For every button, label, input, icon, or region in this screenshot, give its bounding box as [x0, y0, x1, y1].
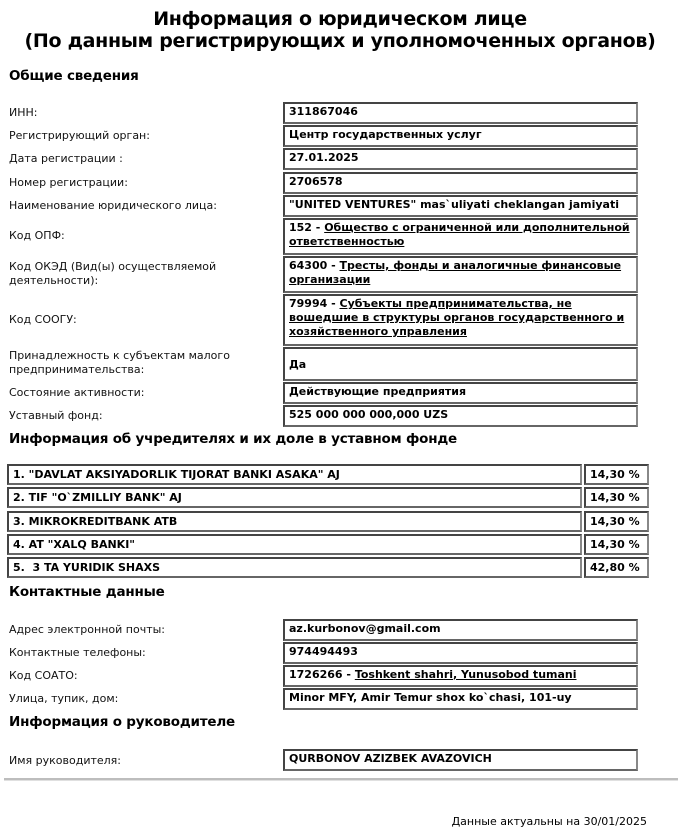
soogu-label: Код СООГУ:: [9, 313, 77, 327]
director-name-label: Имя руководителя:: [9, 754, 121, 768]
founder-share: 14,30 %: [584, 534, 649, 555]
email-value: az.kurbonov@gmail.com: [283, 619, 638, 641]
activity-status-label: Состояние активности:: [9, 386, 144, 400]
soato-code: 1726266 -: [289, 668, 355, 681]
opf-label: Код ОПФ:: [9, 229, 65, 243]
phones-value: 974494493: [283, 642, 638, 664]
section-title-founders: Информация об учредителях и их доле в ус…: [9, 431, 457, 447]
soato-value: 1726266 - Toshkent shahri, Yunusobod tum…: [283, 665, 638, 687]
small-business-value: Да: [283, 347, 638, 381]
founder-share: 42,80 %: [584, 557, 649, 578]
page-title-line-2: (По данным регистрирующих и уполномоченн…: [0, 30, 680, 52]
founder-share: 14,30 %: [584, 511, 649, 532]
section-title-director: Информация о руководителе: [9, 714, 235, 730]
registration-date-label: Дата регистрации :: [9, 152, 123, 166]
registration-date-value: 27.01.2025: [283, 148, 638, 170]
founder-name: 4. AT "XALQ BANKI": [7, 534, 582, 555]
separator-line: [4, 778, 678, 781]
address-label: Улица, тупик, дом:: [9, 692, 118, 706]
soogu-link[interactable]: Субъекты предпринимательства, не вошедши…: [289, 297, 624, 338]
registering-body-label: Регистрирующий орган:: [9, 129, 150, 143]
registering-body-value: Центр государственных услуг: [283, 125, 638, 147]
oked-value: 64300 - Тресты, фонды и аналогичные фина…: [283, 256, 638, 293]
small-business-label: Принадлежность к субъектам малого предпр…: [9, 349, 239, 377]
soogu-code: 79994 -: [289, 297, 340, 310]
inn-label: ИНН:: [9, 106, 37, 120]
soato-label: Код СОАТО:: [9, 669, 78, 683]
founder-share: 14,30 %: [584, 464, 649, 485]
founder-name: 3. MIKROKREDITBANK ATB: [7, 511, 582, 532]
data-actual-date: Данные актуальны на 30/01/2025: [452, 815, 647, 828]
address-value: Minor MFY, Amir Temur shox ko`chasi, 101…: [283, 688, 638, 710]
oked-label: Код ОКЭД (Вид(ы) осуществляемой деятельн…: [9, 260, 239, 288]
legal-name-label: Наименование юридического лица:: [9, 199, 217, 213]
oked-link[interactable]: Тресты, фонды и аналогичные финансовые о…: [289, 259, 621, 286]
email-label: Адрес электронной почты:: [9, 623, 165, 637]
soato-link-district[interactable]: , Yunusobod tumani: [453, 668, 576, 681]
registration-number-value: 2706578: [283, 172, 638, 194]
founder-name: 1. "DAVLAT AKSIYADORLIK TIJORAT BANKI AS…: [7, 464, 582, 485]
activity-status-value: Действующие предприятия: [283, 382, 638, 404]
phones-label: Контактные телефоны:: [9, 646, 146, 660]
opf-link[interactable]: Общество с ограниченной или дополнительн…: [289, 221, 630, 248]
charter-capital-label: Уставный фонд:: [9, 409, 103, 423]
inn-value: 311867046: [283, 102, 638, 124]
oked-code: 64300 -: [289, 259, 340, 272]
page-title-line-1: Информация о юридическом лице: [0, 8, 680, 30]
section-title-general: Общие сведения: [9, 68, 139, 84]
legal-name-value: "UNITED VENTURES" mas`uliyati cheklangan…: [283, 195, 638, 217]
page-title: Информация о юридическом лице (По данным…: [0, 8, 680, 52]
founder-name: 5. 3 TA YURIDIK SHAXS: [7, 557, 582, 578]
charter-capital-value: 525 000 000 000,000 UZS: [283, 405, 638, 427]
founder-share: 14,30 %: [584, 487, 649, 508]
opf-value: 152 - Общество с ограниченной или дополн…: [283, 218, 638, 255]
section-title-contacts: Контактные данные: [9, 584, 165, 600]
opf-code: 152 -: [289, 221, 324, 234]
director-name-value: QURBONOV AZIZBEK AVAZOVICH: [283, 749, 638, 771]
soato-link-city[interactable]: Toshkent shahri: [355, 668, 453, 681]
soogu-value: 79994 - Субъекты предпринимательства, не…: [283, 294, 638, 346]
founder-name: 2. TIF "O`ZMILLIY BANK" AJ: [7, 487, 582, 508]
registration-number-label: Номер регистрации:: [9, 176, 128, 190]
